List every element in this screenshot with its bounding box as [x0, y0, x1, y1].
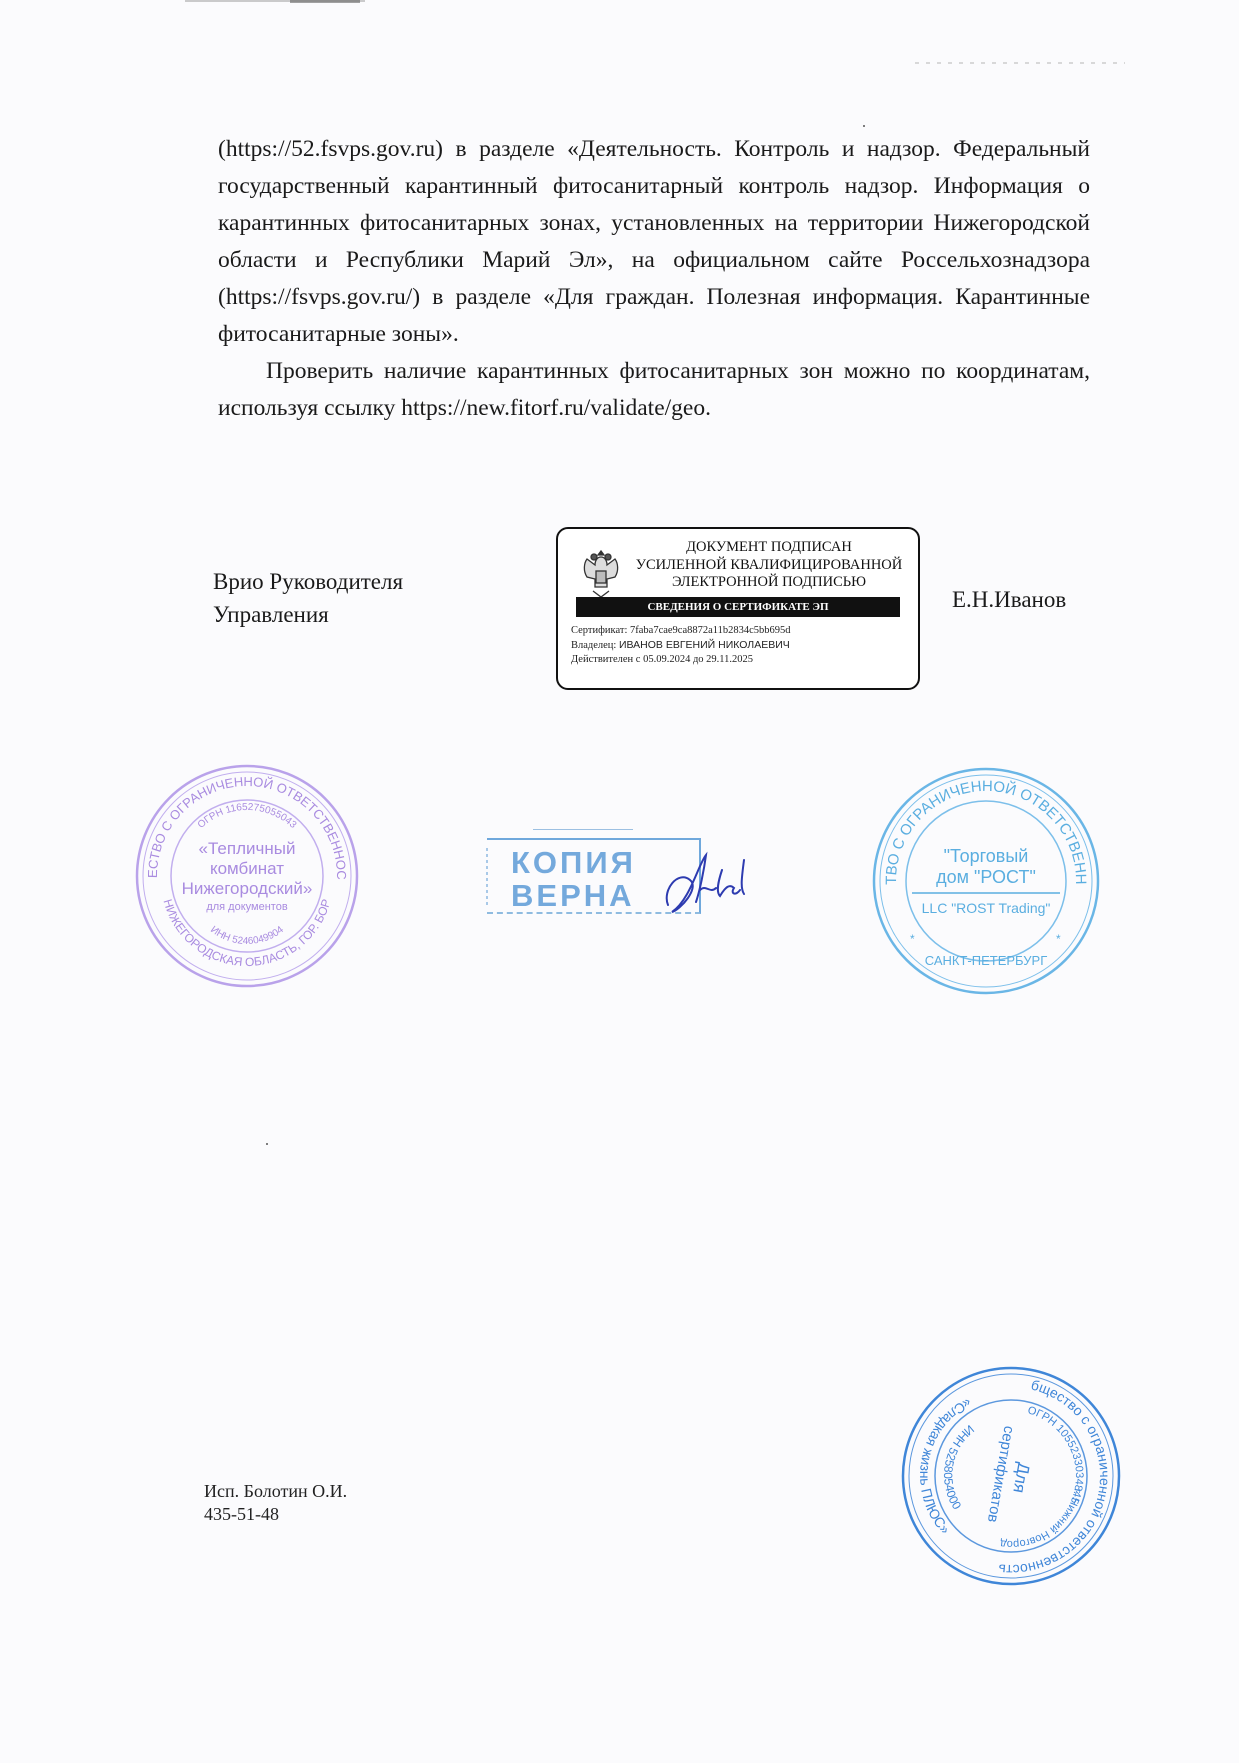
executor-info: Исп. Болотин О.И. 435-51-48 [204, 1480, 347, 1526]
scan-speck [266, 1143, 268, 1145]
paragraph-2: Проверить наличие карантинных фитосанита… [218, 353, 1090, 427]
position-line-2: Управления [213, 598, 403, 631]
esig-title-line-2: УСИЛЕННОЙ КВАЛИФИЦИРОВАННОЙ [628, 557, 910, 575]
rost-trading-stamp: ОБЩЕСТВО С ОГРАНИЧЕННОЙ ОТВЕТСТВЕННОСТЬЮ… [870, 765, 1102, 997]
copy-stamp-line [533, 829, 633, 830]
owner-label: Владелец: [571, 640, 616, 651]
owner-row: Владелец: ИВАНОВ ЕВГЕНИЙ НИКОЛАЕВИЧ [571, 638, 791, 653]
paragraph-1: (https://52.fsvps.gov.ru) в разделе «Дея… [218, 131, 1090, 353]
handwritten-signature [660, 850, 770, 920]
svg-text:САНКТ-ПЕТЕРБУРГ: САНКТ-ПЕТЕРБУРГ [925, 953, 1048, 968]
esig-title: ДОКУМЕНТ ПОДПИСАН УСИЛЕННОЙ КВАЛИФИЦИРОВ… [628, 539, 910, 592]
cert-row: Сертификат: 7faba7cae9ca8872a11b2834c5bb… [571, 624, 791, 638]
validity-row: Действителен с 05.09.2024 до 29.11.2025 [571, 653, 791, 667]
cert-serial: 7faba7cae9ca8872a11b2834c5bb695d [630, 625, 791, 636]
purple-company-stamp: ОБЩЕСТВО С ОГРАНИЧЕННОЙ ОТВЕТСТВЕННОСТЬЮ… [133, 762, 361, 990]
svg-text:*: * [910, 932, 915, 946]
svg-text:комбинат: комбинат [210, 859, 284, 878]
stamp-purple-graphic: ОБЩЕСТВО С ОГРАНИЧЕННОЙ ОТВЕТСТВЕННОСТЬЮ… [133, 762, 361, 990]
esig-title-line-1: ДОКУМЕНТ ПОДПИСАН [628, 539, 910, 557]
scan-artifact [915, 62, 1125, 64]
russian-coat-of-arms-icon [578, 545, 624, 599]
svg-text:"Торговый: "Торговый [944, 846, 1029, 866]
scan-speck [863, 125, 865, 127]
svg-text:для документов: для документов [206, 901, 287, 913]
svg-text:*: * [1056, 932, 1061, 946]
owner-name: ИВАНОВ ЕВГЕНИЙ НИКОЛАЕВИЧ [619, 639, 790, 651]
svg-text:Нижегородский»: Нижегородский» [182, 879, 313, 898]
esig-cert-info: Сертификат: 7faba7cae9ca8872a11b2834c5bb… [571, 624, 791, 667]
signatory-position: Врио Руководителя Управления [213, 565, 403, 631]
cert-label: Сертификат: [571, 625, 627, 636]
svg-text:ОГРН 1165275055043: ОГРН 1165275055043 [196, 802, 299, 831]
svg-text:LLC "ROST Trading": LLC "ROST Trading" [922, 900, 1051, 916]
stamp-rost-graphic: ОБЩЕСТВО С ОГРАНИЧЕННОЙ ОТВЕТСТВЕННОСТЬЮ… [870, 765, 1102, 997]
sweet-life-plus-stamp: Общество с ограниченной ответственностью… [882, 1347, 1139, 1604]
position-line-1: Врио Руководителя [213, 565, 403, 598]
electronic-signature-block: ДОКУМЕНТ ПОДПИСАН УСИЛЕННОЙ КВАЛИФИЦИРОВ… [556, 527, 920, 690]
executor-name: Исп. Болотин О.И. [204, 1480, 347, 1503]
letter-body: (https://52.fsvps.gov.ru) в разделе «Дея… [218, 131, 1090, 427]
stamp-sweet-graphic: Общество с ограниченной ответственностью… [882, 1347, 1139, 1604]
svg-text:дом "РОСТ": дом "РОСТ" [936, 867, 1036, 887]
svg-text:Для: Для [1009, 1461, 1033, 1494]
svg-text:ИНН 5246049904: ИНН 5246049904 [208, 924, 286, 947]
executor-phone: 435-51-48 [204, 1503, 347, 1526]
esig-title-line-3: ЭЛЕКТРОННОЙ ПОДПИСЬЮ [628, 574, 910, 592]
svg-text:«Тепличный: «Тепличный [199, 839, 296, 858]
signatory-name: Е.Н.Иванов [952, 587, 1066, 613]
esig-cert-header: СВЕДЕНИЯ О СЕРТИФИКАТЕ ЭП [576, 597, 900, 617]
scan-artifact [290, 0, 360, 3]
svg-text:«Сладкая жизнь ПЛЮС»: «Сладкая жизнь ПЛЮС» [906, 1389, 977, 1539]
